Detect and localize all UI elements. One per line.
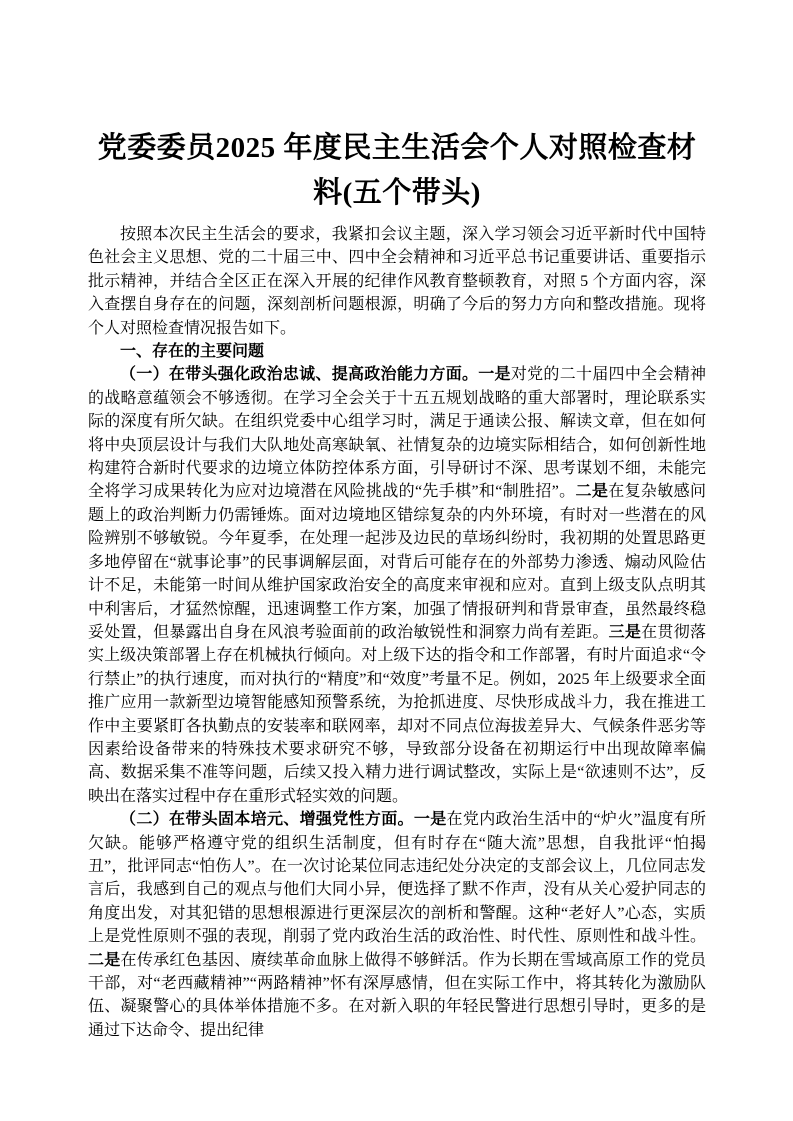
section-heading-main-problems: 一、存在的主要问题 (88, 340, 706, 363)
document-title: 党委委员2025 年度民主生活会个人对照检查材料(五个带头) (88, 126, 706, 216)
subsection-1-marker-3: 三是 (609, 624, 642, 641)
subsection-2-text-1: 在党内政治生活中的“炉火”温度有所欠缺。能够严格遵守党的组织生活制度，但有时存在… (88, 811, 706, 945)
subsection-1-text-1: 对党的二十届四中全会精神的战略意蕴领会不够透彻。在学习全会关于十五五规划战略的重… (88, 366, 706, 500)
subsection-1-marker-2: 二是 (576, 483, 609, 500)
subsection-1-paragraph: （一）在带头强化政治忠诚、提高政治能力方面。一是对党的二十届四中全会精神的战略意… (88, 363, 706, 808)
subsection-1-text-3: 在贯彻落实上级决策部署上存在机械执行倾向。对上级下达的指令和工作部署，有时片面追… (88, 624, 706, 805)
subsection-2-lead: （二）在带头固本培元、增强党性方面。一是 (120, 811, 447, 828)
document-page: 党委委员2025 年度民主生活会个人对照检查材料(五个带头) 按照本次民主生活会… (0, 0, 793, 1121)
subsection-1-lead: （一）在带头强化政治忠诚、提高政治能力方面。一是 (120, 366, 511, 383)
subsection-2-marker-2: 二是 (88, 952, 121, 969)
subsection-2-text-2: 在传承红色基因、赓续革命血脉上做得不够鲜活。作为长期在雪域高原工作的党员干部，对… (88, 952, 706, 1039)
subsection-2-paragraph: （二）在带头固本培元、增强党性方面。一是在党内政治生活中的“炉火”温度有所欠缺。… (88, 808, 706, 1042)
intro-paragraph: 按照本次民主生活会的要求，我紧扣会议主题，深入学习领会习近平新时代中国特色社会主… (88, 223, 706, 340)
subsection-1-text-2: 在复杂敏感问题上的政治判断力仍需锤炼。面对边境地区错综复杂的内外环境，有时对一些… (88, 483, 706, 640)
